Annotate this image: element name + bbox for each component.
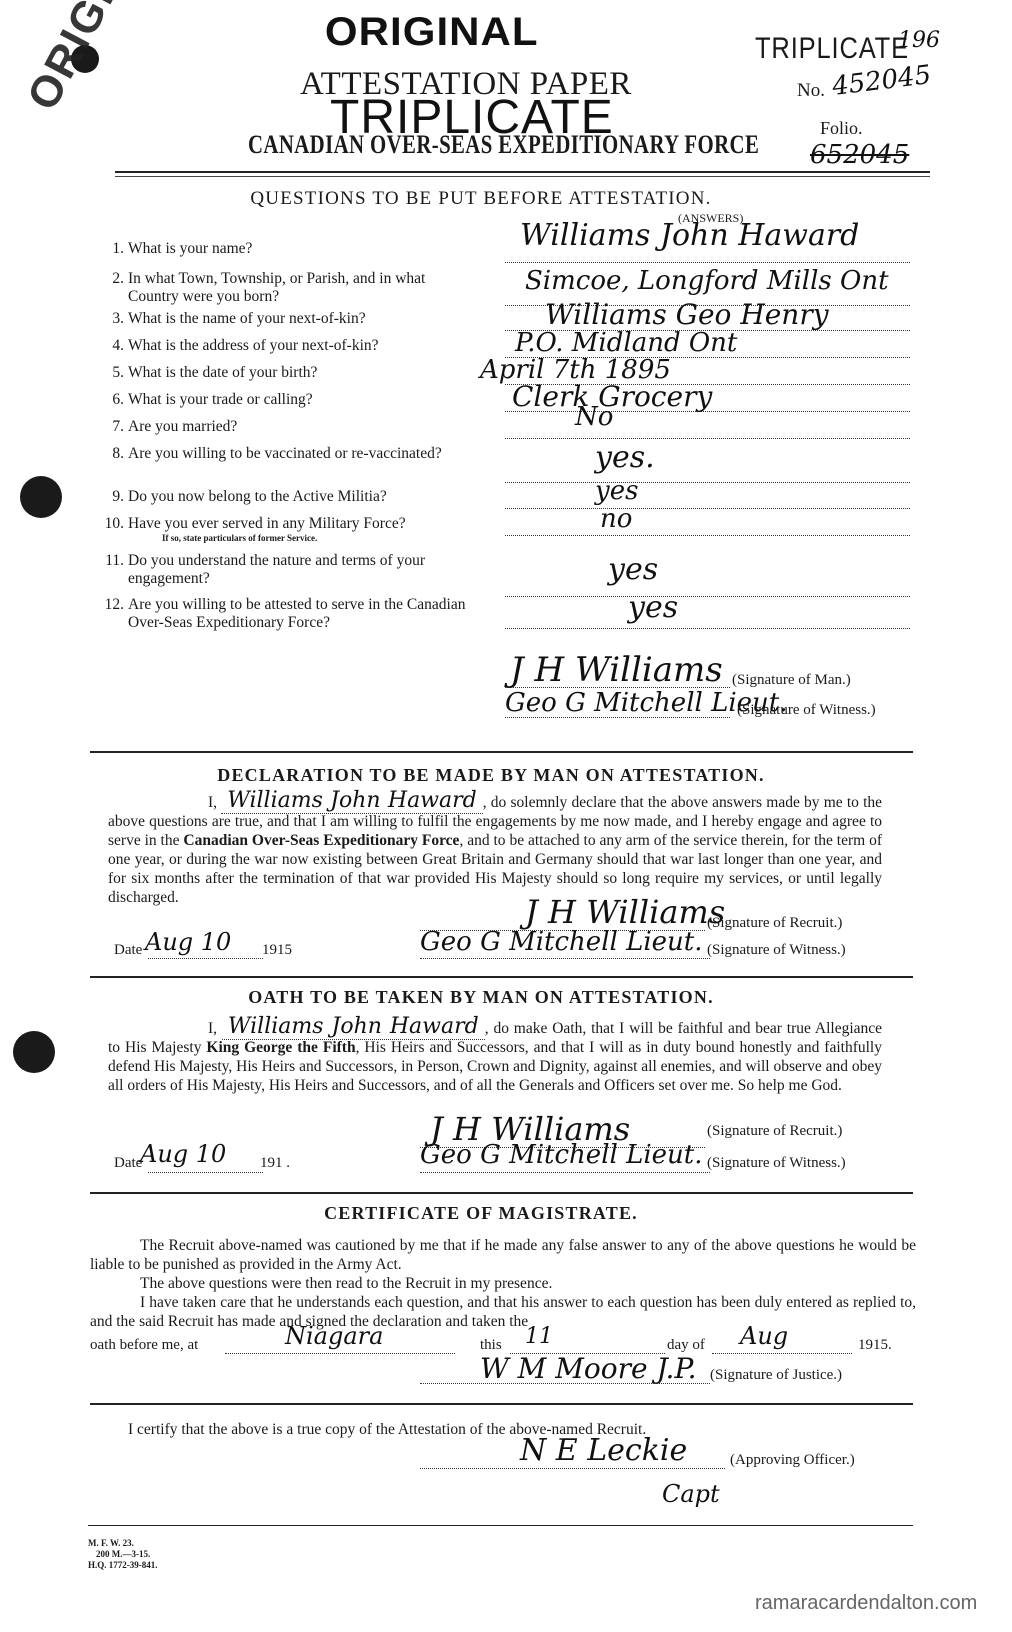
oath-place: Niagara (285, 1322, 383, 1350)
question-number: 1. (94, 240, 124, 258)
question-answer: Williams Geo Henry (545, 298, 829, 331)
answer-line (505, 628, 910, 629)
question-text: Are you married? (128, 418, 478, 436)
answer-line (505, 535, 910, 536)
declaration-name: Williams John Haward (221, 788, 483, 814)
signature-man: J H Williams (510, 650, 723, 690)
signature-justice: W M Moore J.P. (480, 1352, 697, 1385)
question-answer: no (600, 504, 632, 534)
oath-name: Williams John Haward (222, 1014, 485, 1040)
certificate-year: 1915. (858, 1337, 892, 1354)
declaration-witness-label: (Signature of Witness.) (707, 942, 846, 959)
certificate-para-2: The above questions were then read to th… (140, 1274, 916, 1293)
certificate-heading: CERTIFICATE OF MAGISTRATE. (0, 1203, 987, 1224)
oath-date-value: Aug 10 (140, 1140, 226, 1168)
question-answer: yes. (595, 440, 655, 475)
oath-day: 11 (525, 1324, 553, 1349)
declaration-recruit-label: (Signature of Recruit.) (707, 915, 842, 932)
signature-approving-officer: N E Leckie (520, 1433, 687, 1468)
oath-text: I, Williams John Haward, do make Oath, t… (108, 1017, 882, 1095)
header-divider (115, 176, 930, 177)
signature-witness-line (505, 717, 730, 718)
folio-value: 652045 (810, 140, 909, 170)
oath-date-label: Date (114, 1155, 142, 1172)
question-number: 6. (94, 391, 124, 409)
form-code-line: H.Q. 1772-39-841. (88, 1560, 158, 1571)
form-code-line: M. F. W. 23. (88, 1538, 158, 1549)
declaration-signature-witness: Geo G Mitchell Lieut. (420, 927, 703, 957)
oath-signature-witness: Geo G Mitchell Lieut. (420, 1140, 703, 1170)
question-number: 11. (94, 552, 124, 570)
declaration-force: Canadian Over-Seas Expeditionary Force (183, 832, 459, 849)
answer-line (505, 508, 910, 509)
question-number: 4. (94, 337, 124, 355)
question-answer: yes (628, 590, 678, 625)
signature-man-label: (Signature of Man.) (732, 672, 851, 689)
declaration-date-line (148, 958, 263, 959)
question-text: What is the address of your next-of-kin? (128, 337, 478, 355)
certificate-para-3: I have taken care that he understands ea… (90, 1293, 916, 1331)
approving-officer-line (420, 1468, 725, 1469)
answer-line (505, 262, 910, 263)
oath-witness-label: (Signature of Witness.) (707, 1155, 846, 1172)
declaration-heading: DECLARATION TO BE MADE BY MAN ON ATTESTA… (0, 765, 997, 786)
document-subtitle: CANADIAN OVER-SEAS EXPEDITIONARY FORCE (248, 130, 759, 160)
approving-officer-rank: Capt (662, 1480, 720, 1508)
question-text: In what Town, Township, or Parish, and i… (128, 270, 478, 306)
question-text: What is the date of your birth? (128, 364, 478, 382)
regimental-number-label: No. (797, 80, 825, 102)
signature-justice-label: (Signature of Justice.) (710, 1367, 842, 1384)
question-answer: Simcoe, Longford Mills Ont (525, 266, 889, 296)
oath-recruit-label: (Signature of Recruit.) (707, 1123, 842, 1140)
signature-witness-label: (Signature of Witness.) (737, 702, 876, 719)
question-text: Do you now belong to the Active Militia? (128, 488, 478, 506)
section-divider (90, 976, 913, 978)
question-number: 2. (94, 270, 124, 288)
question-text: What is your name? (128, 240, 478, 258)
certify-text: I certify that the above is a true copy … (128, 1420, 908, 1439)
oath-before-label: oath before me, at (90, 1337, 198, 1354)
justice-line (420, 1383, 710, 1384)
approving-officer-label: (Approving Officer.) (730, 1452, 855, 1469)
answer-line (505, 438, 910, 439)
oath-pre: I, (108, 1020, 217, 1037)
declaration-witness-line (420, 958, 710, 959)
declaration-pre: I, (108, 794, 217, 811)
question-text: Are you willing to be vaccinated or re-v… (128, 445, 478, 463)
month-line (712, 1353, 852, 1354)
section-divider (90, 1192, 913, 1194)
form-code-line: 200 M.—3-15. (88, 1549, 158, 1560)
section-divider (90, 1403, 913, 1405)
triplicate-stamp-small: TRIPLICATE (755, 32, 909, 66)
certificate-para-3-text: I have taken care that he understands ea… (90, 1294, 916, 1330)
question-number: 5. (94, 364, 124, 382)
question-note: If so, state particulars of former Servi… (162, 533, 317, 543)
declaration-text: I, Williams John Haward, do solemnly dec… (108, 791, 882, 907)
question-text: What is your trade or calling? (128, 391, 478, 409)
certificate-para-1-text: The Recruit above-named was cautioned by… (90, 1237, 916, 1273)
declaration-signature-recruit: J H Williams (525, 893, 725, 931)
punch-hole (13, 1031, 55, 1073)
question-number: 9. (94, 488, 124, 506)
question-answer: yes (595, 476, 638, 506)
certificate-para-1: The Recruit above-named was cautioned by… (90, 1236, 916, 1274)
declaration-date-value: Aug 10 (145, 928, 231, 956)
section-divider (90, 751, 913, 753)
place-line (225, 1353, 455, 1354)
oath-year: 191 . (260, 1155, 290, 1172)
punch-hole (20, 476, 62, 518)
oath-king: King George the Fifth (206, 1039, 355, 1056)
question-text: What is the name of your next-of-kin? (128, 310, 478, 328)
question-number: 12. (94, 596, 124, 614)
oath-heading: OATH TO BE TAKEN BY MAN ON ATTESTATION. (0, 987, 987, 1008)
question-answer: yes (608, 552, 658, 587)
folio-label: Folio. (820, 118, 863, 139)
form-code: M. F. W. 23. 200 M.—3-15. H.Q. 1772-39-8… (88, 1538, 158, 1571)
original-stamp: ORIGINAL (325, 10, 539, 55)
question-answer: P.O. Midland Ont (515, 328, 737, 358)
oath-witness-line (420, 1172, 710, 1173)
question-text: Have you ever served in any Military For… (128, 515, 478, 533)
oath-date-line (148, 1172, 263, 1173)
declaration-date-label: Date (114, 942, 142, 959)
answer-line (505, 596, 910, 597)
question-number: 3. (94, 310, 124, 328)
header-divider (115, 171, 930, 173)
question-text: Are you willing to be attested to serve … (128, 596, 478, 632)
question-answer: Williams John Haward (520, 218, 859, 253)
question-number: 8. (94, 445, 124, 463)
certificate-para-2-text: The above questions were then read to th… (140, 1275, 552, 1292)
question-number: 7. (94, 418, 124, 436)
question-number: 10. (94, 515, 124, 533)
question-answer: No (575, 402, 613, 432)
footer-divider (88, 1525, 913, 1526)
regimental-number-value: 452045 (831, 60, 933, 102)
answer-line (505, 482, 910, 483)
question-text: Do you understand the nature and terms o… (128, 552, 478, 588)
oath-month: Aug (740, 1322, 788, 1350)
declaration-year: 1915 (262, 942, 292, 959)
handwritten-page-number: 196 (898, 28, 940, 53)
questions-heading: QUESTIONS TO BE PUT BEFORE ATTESTATION. (0, 188, 987, 210)
site-watermark: ramaracardendalton.com (755, 1592, 977, 1615)
